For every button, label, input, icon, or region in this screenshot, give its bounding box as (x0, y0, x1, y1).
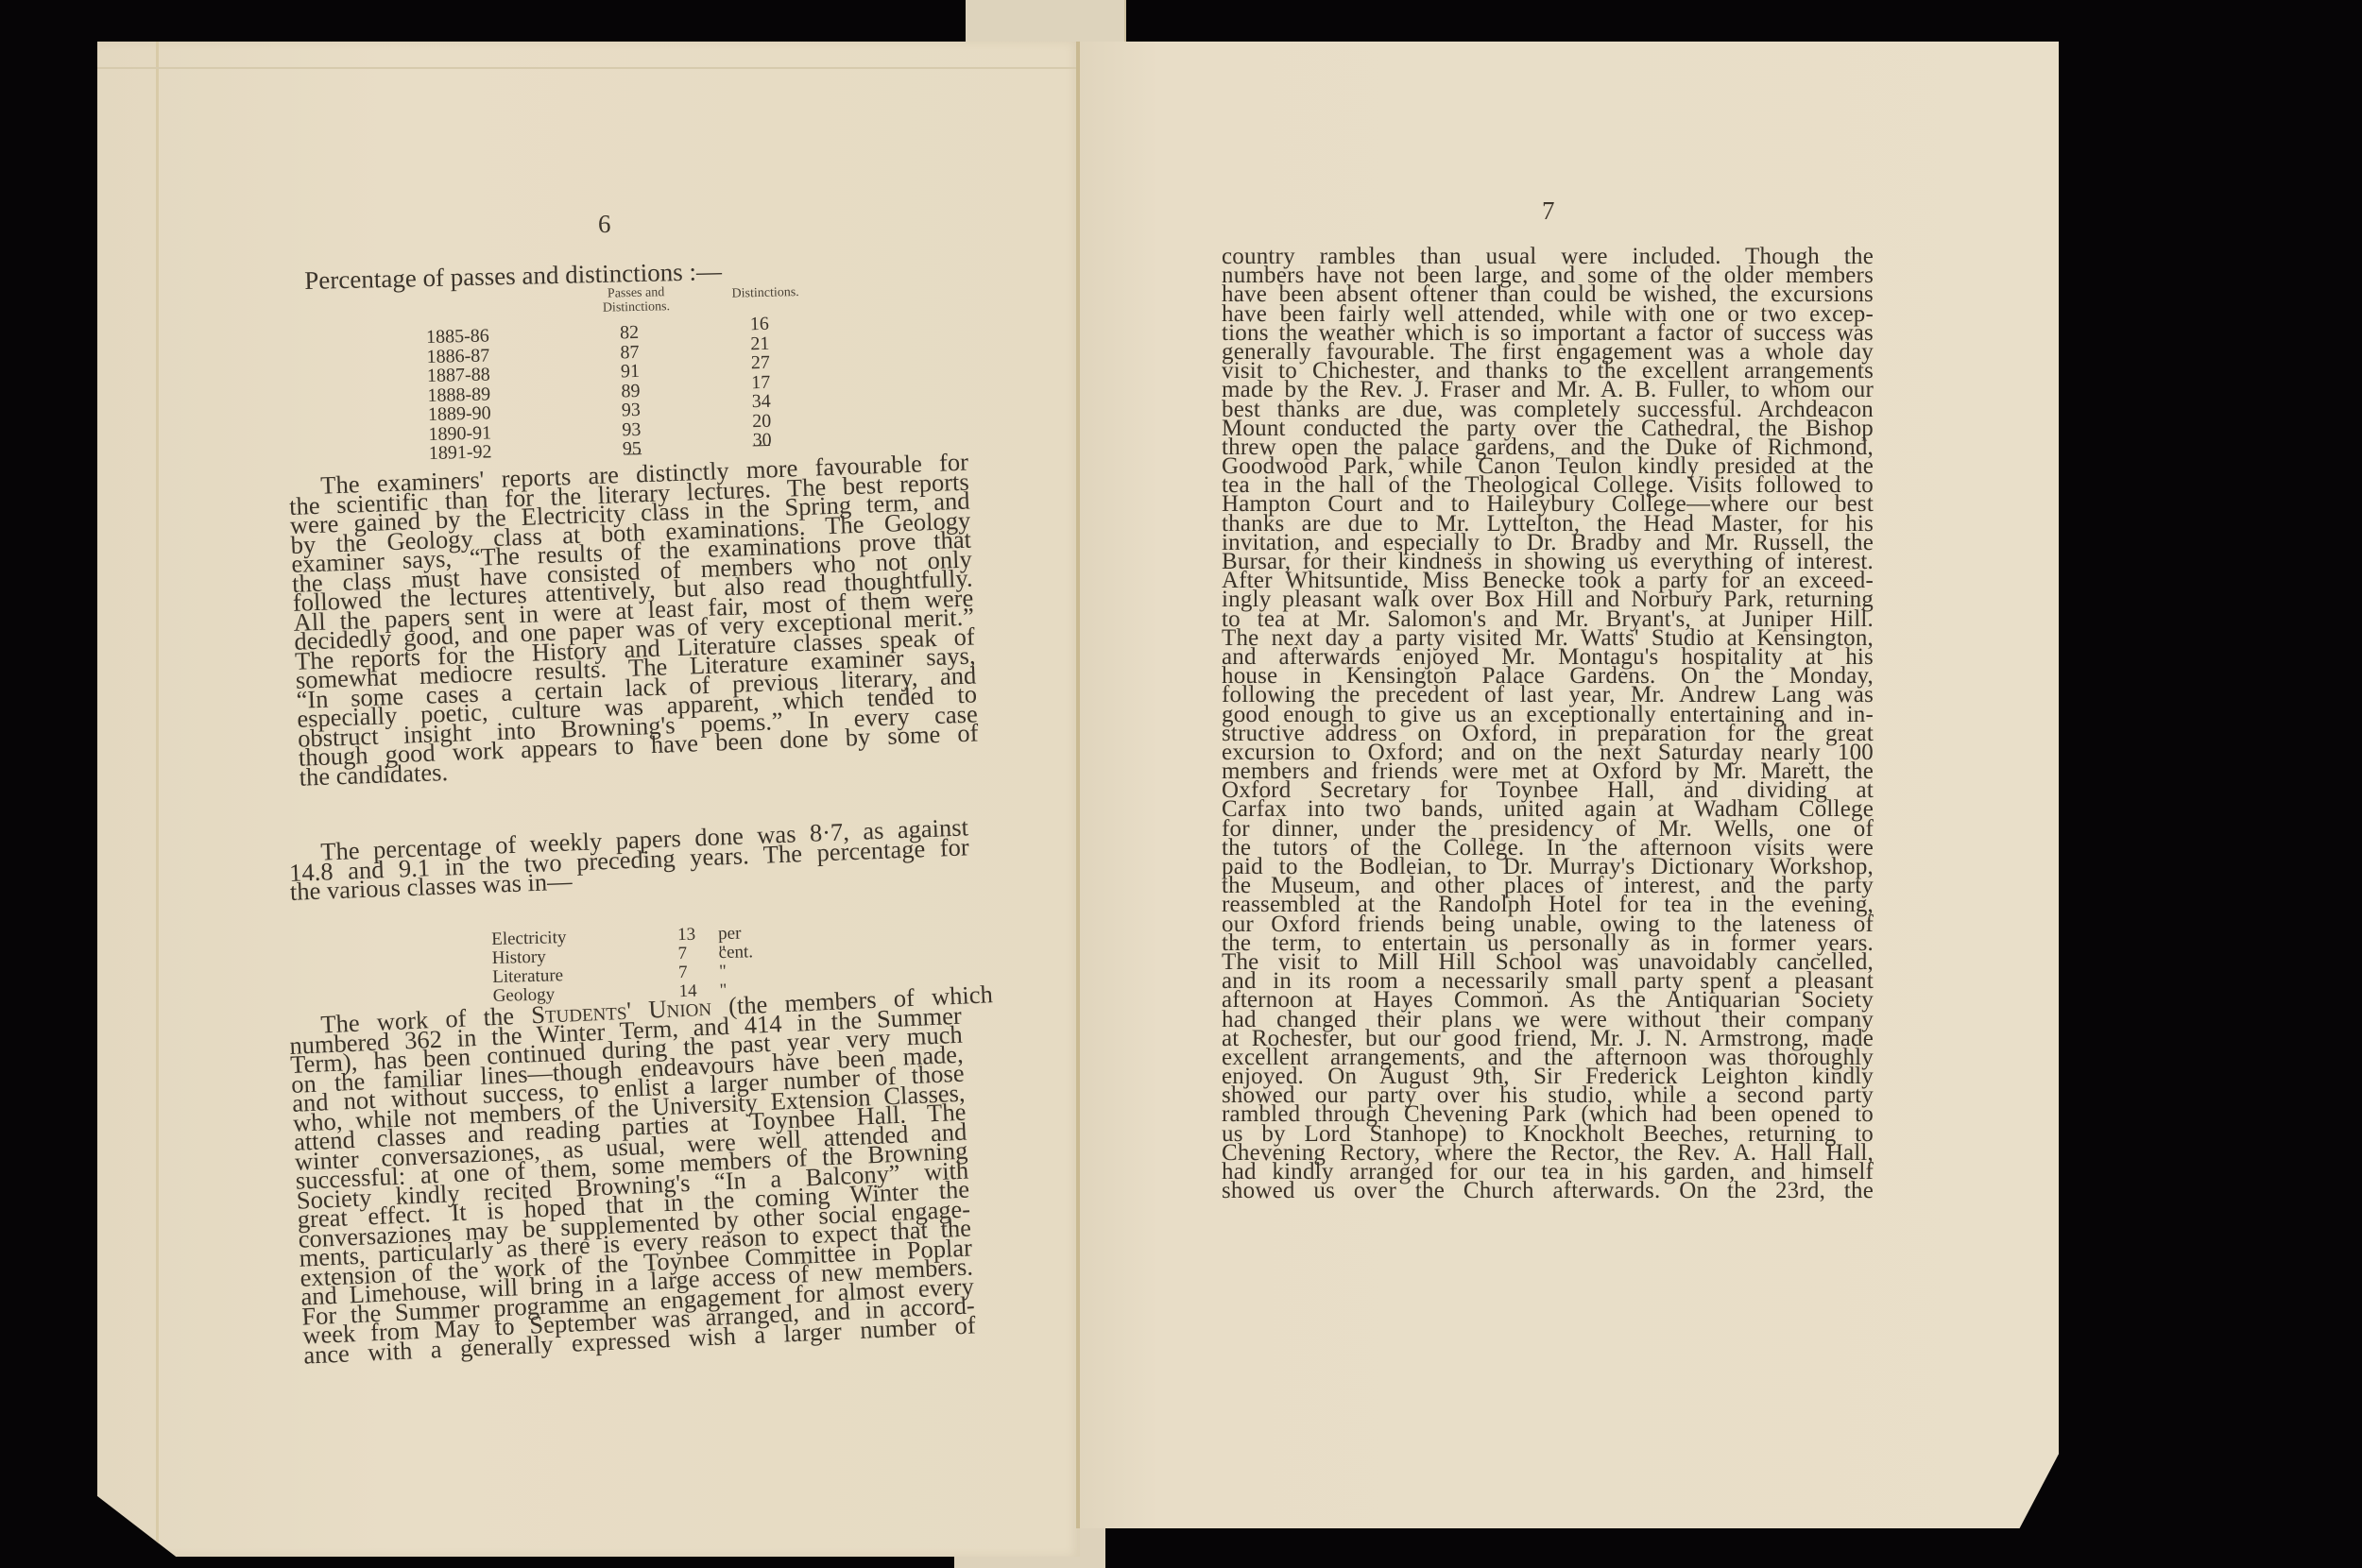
paragraph-line: showed us over the Church afterwards. On… (1222, 1182, 1874, 1201)
subject-unit: " (718, 944, 726, 963)
subject-percentage: 7 (677, 945, 687, 963)
column-header-passes: Passes and Distinctions. (579, 285, 693, 316)
column-header-distinctions: Distinctions. (709, 284, 822, 301)
examiners-reports-paragraph: The examiners' reports are distinctly mo… (288, 452, 980, 787)
page-number-left: 6 (598, 210, 611, 239)
column-end-dash-distinctions: — (753, 435, 770, 454)
binding-tab-top (966, 0, 1126, 45)
subject-name: Electricity (491, 929, 567, 949)
page-number-right: 7 (1542, 196, 1555, 226)
underlying-page-edge (156, 42, 159, 1557)
subject-name: History (491, 948, 545, 968)
students-union-paragraph: The work of the Students' Union (the mem… (288, 985, 984, 1364)
subject-percentage: 7 (678, 963, 688, 982)
excursions-paragraph: country rambles than usual were included… (1222, 247, 1874, 1201)
year-cell: 1891-92 (429, 441, 492, 465)
subject-unit: " (719, 963, 727, 981)
page-fold-line (97, 67, 1080, 69)
subject-percentage: 13 (677, 926, 695, 945)
book-gutter (1076, 42, 1080, 1528)
